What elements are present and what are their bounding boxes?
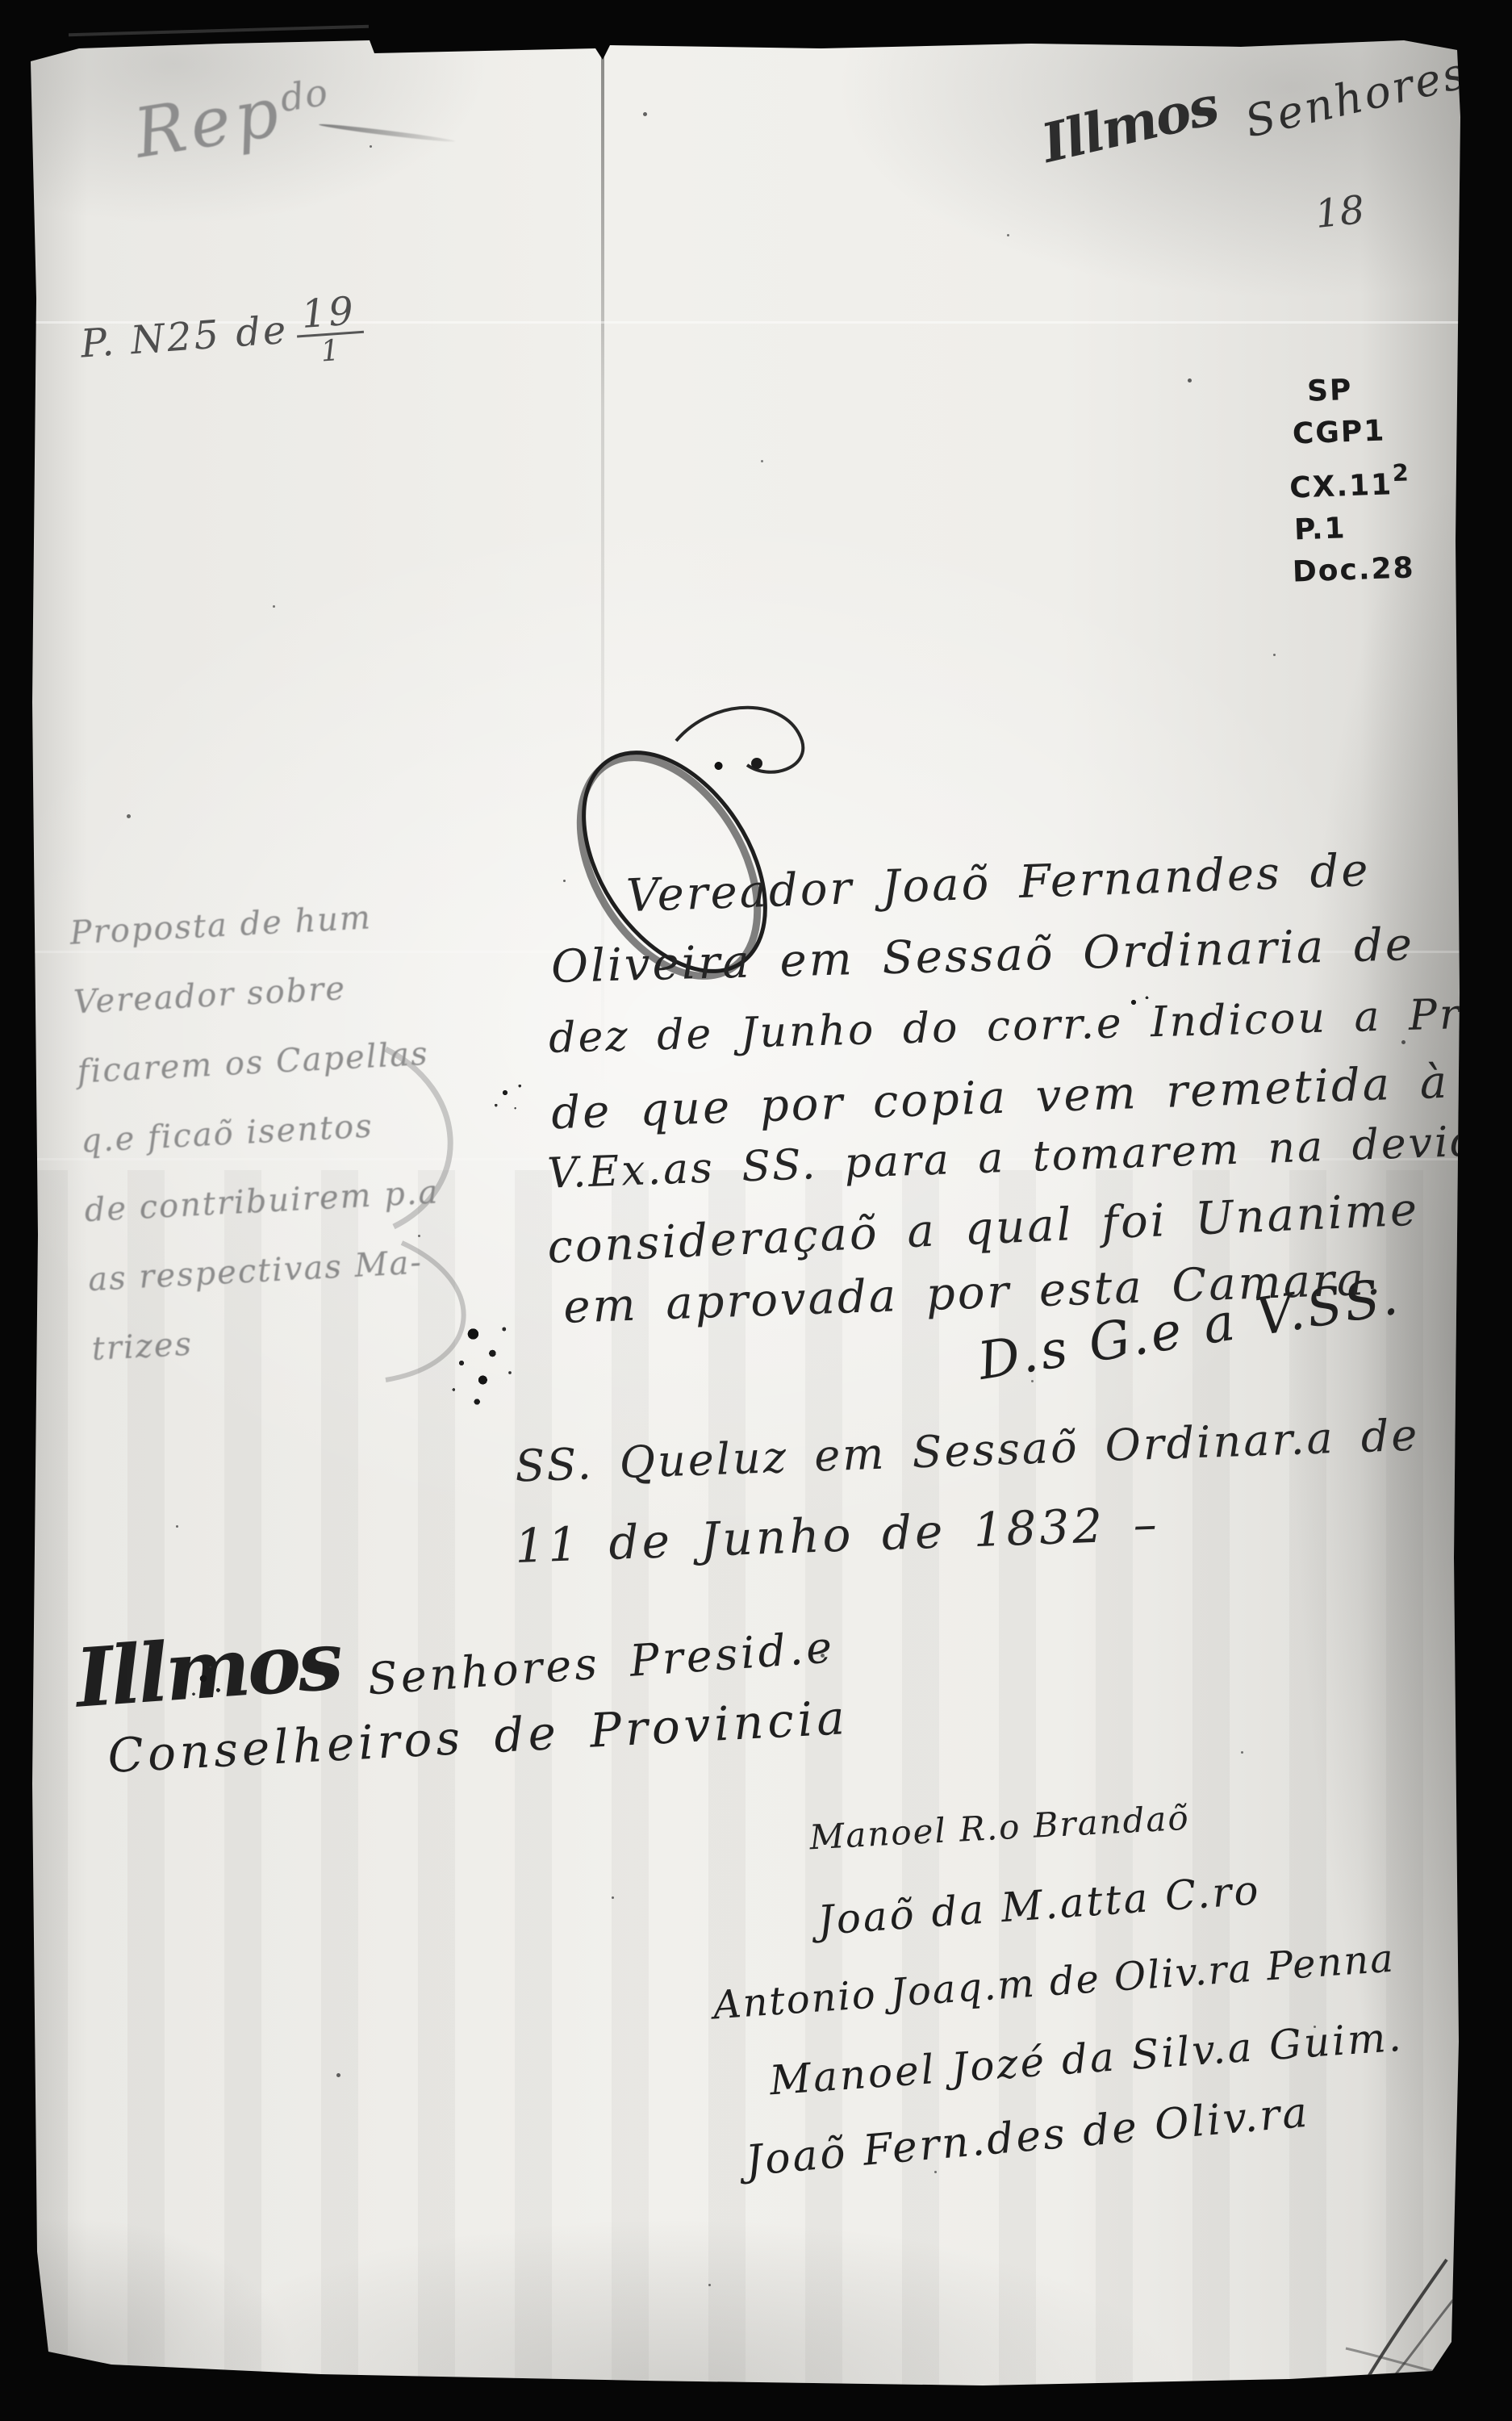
ink-blot [174,1653,239,1717]
protocol-note: P. N25 de191 [78,291,365,385]
paper: Repdo Illmos Senhores 18 P. N25 de191 SP… [31,40,1460,2389]
corner-curl-mark [1342,2252,1455,2389]
body-line: dez de Junho do corr.e Indicou a Propoz. [548,987,1512,1063]
signature: Joaõ Fern.des de Oliv.ra [744,2089,1312,2186]
addressee-title: Senhores Presid.e [366,1621,837,1704]
dateline-date: 11 de Junho de 1832 – [514,1496,1161,1574]
archive-stamp-line: SP [1306,367,1409,412]
signature: Manoel R.o Brandaõ [808,1798,1191,1858]
salutation-top: Illmos Senhores [1036,17,1468,175]
protocol-prefix: P. N25 de [79,307,290,367]
ink-blot [482,1073,539,1122]
protocol-fraction: 191 [294,291,365,370]
signature: Joaõ da M.atta C.ro [817,1867,1263,1944]
ink-blot [432,1293,529,1414]
pencil-registry-note: Repdo [129,43,471,174]
archive-stamp-line: P.1 [1293,505,1414,551]
initial-letter: O [31,40,31,41]
registry-flourish [319,122,455,144]
registry-note-superscript: do [277,70,331,121]
protocol-denominator: 1 [297,333,366,370]
second-sheet-edge [69,25,369,36]
salutation-word: Senhores [1240,47,1472,147]
archive-stamp-box: CX.11 [1289,468,1393,504]
protocol-numerator: 19 [294,291,364,338]
ink-blot [705,754,734,778]
archive-stamp: SP CGP1 CX.112 P.1 Doc.28 [1285,367,1415,593]
dateline-place: SS. Queluz em Sessaõ Ordinar.a de [514,1409,1420,1491]
archive-stamp-line: CGP1 [1292,409,1410,455]
dust-specks [31,40,33,43]
folio-number: 18 [1313,187,1367,237]
archive-stamp-line: Doc.28 [1292,547,1415,593]
signature: Antonio Joaq.m de Oliv.ra Penna [712,1936,1396,2029]
salutation-abbrev: Illmos [1036,73,1223,174]
scanned-document-canvas: Repdo Illmos Senhores 18 P. N25 de191 SP… [0,0,1512,2421]
archive-stamp-superscript: 2 [1392,458,1410,487]
registry-note-text: Rep [129,72,289,174]
signature: Manoel Jozé da Silv.a Guim. [768,2013,1405,2105]
ink-blot [1116,986,1160,1018]
archive-stamp-line: CX.112 [1289,451,1413,509]
